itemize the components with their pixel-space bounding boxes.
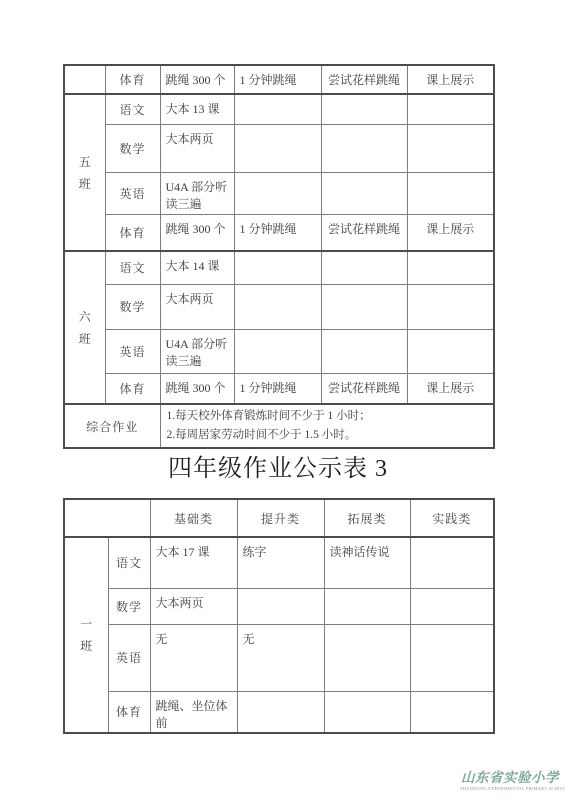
subject-cell: 英语 (108, 624, 150, 691)
class-cell-empty (64, 65, 105, 94)
improve-cell (234, 329, 321, 373)
practice-cell (407, 251, 494, 284)
table-row: 五班 语文 大本 13 课 (64, 94, 494, 124)
extend-cell: 读神话传说 (324, 537, 410, 588)
subject-cell: 数学 (105, 284, 160, 329)
improve-cell (237, 691, 324, 733)
improve-cell: 1 分钟跳绳 (234, 214, 321, 251)
summary-label-cell: 综合作业 (64, 404, 160, 448)
subject-cell: 体育 (105, 214, 160, 251)
subject-cell: 语文 (105, 251, 160, 284)
table-row: 英语 U4A 部分听读三遍 (64, 329, 494, 373)
table-row: 数学 大本两页 (64, 284, 494, 329)
practice-cell (410, 588, 494, 624)
class-label: 一班 (79, 613, 93, 657)
school-logo: 山东省实验小学 SHANDONG EXPERIMENTAL PRIMARY SC… (460, 770, 560, 792)
basic-cell: 大本两页 (160, 124, 234, 172)
header-row: 基础类 提升类 拓展类 实践类 (64, 499, 494, 537)
table-row: 体育 跳绳、坐位体前 (64, 691, 494, 733)
table-row: 体育 跳绳 300 个 1 分钟跳绳 尝试花样跳绳 课上展示 (64, 214, 494, 251)
header-practice: 实践类 (410, 499, 494, 537)
improve-cell (234, 94, 321, 124)
subject-cell: 英语 (105, 172, 160, 214)
basic-cell: U4A 部分听读三遍 (160, 329, 234, 373)
practice-cell (407, 329, 494, 373)
practice-cell (410, 691, 494, 733)
extend-cell (321, 284, 407, 329)
table-row: 体育 跳绳 300 个 1 分钟跳绳 尝试花样跳绳 课上展示 (64, 65, 494, 94)
improve-cell (234, 251, 321, 284)
extend-cell (324, 588, 410, 624)
extend-cell (321, 172, 407, 214)
subject-cell: 语文 (108, 537, 150, 588)
extend-cell: 尝试花样跳绳 (321, 65, 407, 94)
page-title: 四年级作业公示表 3 (63, 453, 493, 485)
summary-line-1: 1.每天校外体育锻炼时间不少于 1 小时； (167, 407, 488, 426)
school-name-en: SHANDONG EXPERIMENTAL PRIMARY SCHOOL (460, 786, 560, 792)
basic-cell: 跳绳 300 个 (160, 373, 234, 404)
improve-cell (237, 588, 324, 624)
page: { "title": "四年级作业公示表 3", "colors": { "lo… (0, 0, 565, 800)
homework-table-part2: 体育 跳绳 300 个 1 分钟跳绳 尝试花样跳绳 课上展示 五班 语文 大本 … (63, 64, 495, 449)
practice-cell (407, 124, 494, 172)
table-row: 英语 无 无 (64, 624, 494, 691)
practice-cell (407, 94, 494, 124)
subject-cell: 语文 (105, 94, 160, 124)
basic-cell: 跳绳、坐位体前 (150, 691, 237, 733)
extend-cell: 尝试花样跳绳 (321, 373, 407, 404)
basic-cell: 大本两页 (150, 588, 237, 624)
class-cell: 六班 (64, 251, 105, 404)
table-row: 英语 U4A 部分听读三遍 (64, 172, 494, 214)
subject-cell: 英语 (105, 329, 160, 373)
improve-cell: 1 分钟跳绳 (234, 65, 321, 94)
table-row: 数学 大本两页 (64, 124, 494, 172)
basic-cell: 大本 14 课 (160, 251, 234, 284)
extend-cell (324, 691, 410, 733)
improve-cell (234, 284, 321, 329)
header-basic: 基础类 (150, 499, 237, 537)
improve-cell (234, 172, 321, 214)
header-extend: 拓展类 (324, 499, 410, 537)
class-cell: 五班 (64, 94, 105, 251)
subject-cell: 体育 (105, 65, 160, 94)
table-row: 体育 跳绳 300 个 1 分钟跳绳 尝试花样跳绳 课上展示 (64, 373, 494, 404)
summary-line-2: 2.每周居家劳动时间不少于 1.5 小时。 (167, 426, 488, 445)
basic-cell: 跳绳 300 个 (160, 65, 234, 94)
table-row: 数学 大本两页 (64, 588, 494, 624)
extend-cell (321, 251, 407, 284)
extend-cell (321, 94, 407, 124)
practice-cell: 课上展示 (407, 373, 494, 404)
practice-cell (410, 537, 494, 588)
basic-cell: 大本 17 课 (150, 537, 237, 588)
subject-cell: 体育 (108, 691, 150, 733)
summary-content-cell: 1.每天校外体育锻炼时间不少于 1 小时； 2.每周居家劳动时间不少于 1.5 … (160, 404, 494, 448)
extend-cell (321, 329, 407, 373)
header-improve: 提升类 (237, 499, 324, 537)
practice-cell: 课上展示 (407, 214, 494, 251)
improve-cell: 练字 (237, 537, 324, 588)
class-cell: 一班 (64, 537, 108, 733)
class-label: 六班 (78, 306, 92, 350)
basic-cell: 大本 13 课 (160, 94, 234, 124)
improve-cell (234, 124, 321, 172)
table-row: 六班 语文 大本 14 课 (64, 251, 494, 284)
extend-cell (321, 124, 407, 172)
subject-cell: 数学 (108, 588, 150, 624)
improve-cell: 无 (237, 624, 324, 691)
summary-row: 综合作业 1.每天校外体育锻炼时间不少于 1 小时； 2.每周居家劳动时间不少于… (64, 404, 494, 448)
basic-cell: U4A 部分听读三遍 (160, 172, 234, 214)
extend-cell (324, 624, 410, 691)
header-empty-cell (64, 499, 150, 537)
extend-cell: 尝试花样跳绳 (321, 214, 407, 251)
practice-cell: 课上展示 (407, 65, 494, 94)
practice-cell (407, 172, 494, 214)
practice-cell (407, 284, 494, 329)
subject-cell: 数学 (105, 124, 160, 172)
basic-cell: 大本两页 (160, 284, 234, 329)
school-name-cn: 山东省实验小学 (460, 770, 560, 786)
improve-cell: 1 分钟跳绳 (234, 373, 321, 404)
practice-cell (410, 624, 494, 691)
subject-cell: 体育 (105, 373, 160, 404)
homework-table-part3: 基础类 提升类 拓展类 实践类 一班 语文 大本 17 课 练字 读神话传说 数… (63, 498, 495, 734)
basic-cell: 无 (150, 624, 237, 691)
basic-cell: 跳绳 300 个 (160, 214, 234, 251)
table-row: 一班 语文 大本 17 课 练字 读神话传说 (64, 537, 494, 588)
class-label: 五班 (78, 151, 92, 195)
